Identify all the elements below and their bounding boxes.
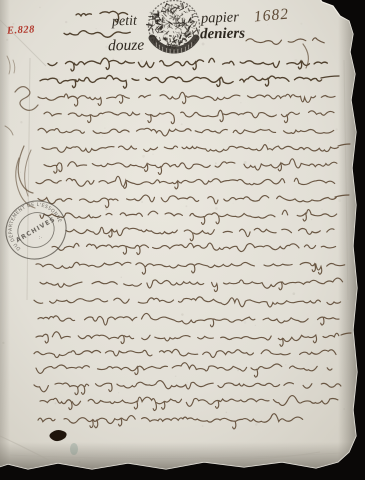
ink-smudge xyxy=(70,443,78,455)
paper-canvas: DU DÉPARTEMENT DE L'ESSONNE ARCHIVES ∴ xyxy=(0,0,365,480)
manuscript-scan: DU DÉPARTEMENT DE L'ESSONNE ARCHIVES ∴ E… xyxy=(0,0,365,480)
